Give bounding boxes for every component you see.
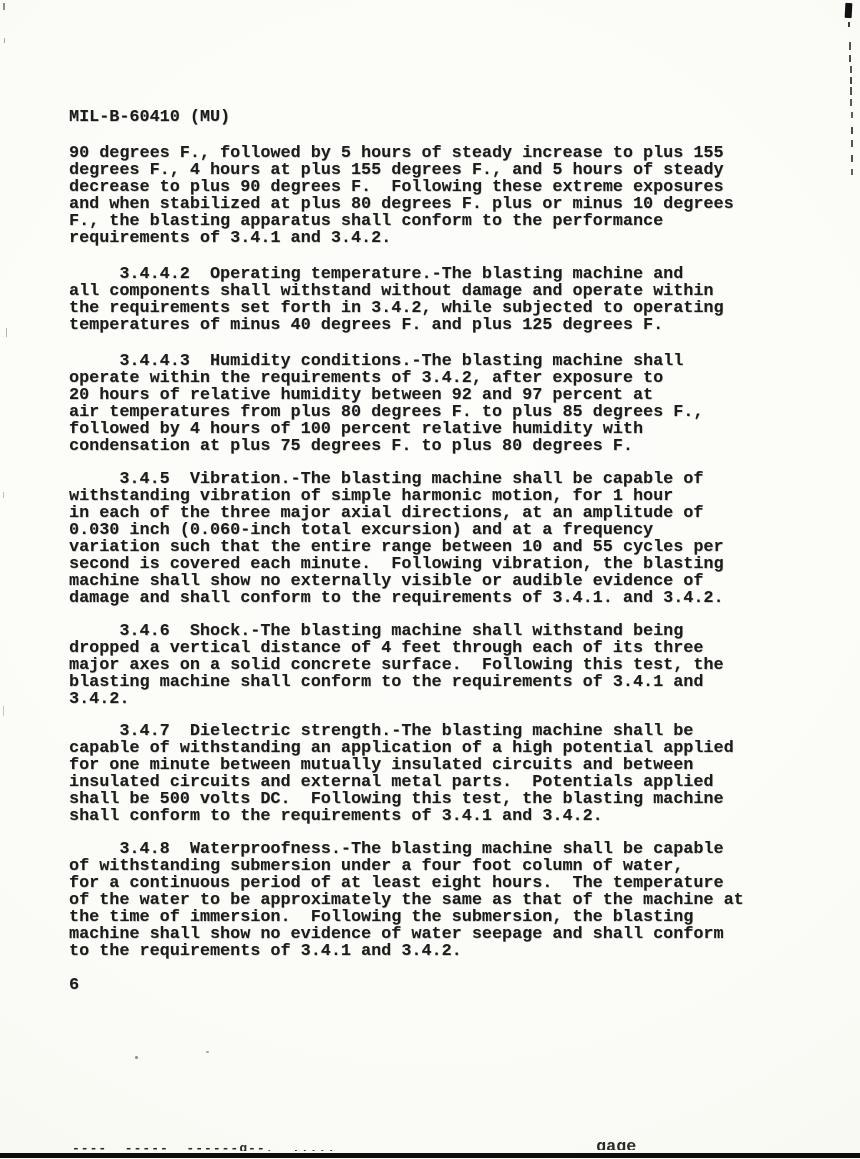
- paragraph-continuation: 90 degrees F., followed by 5 hours of st…: [69, 145, 734, 247]
- scanned-document-page: MIL-B-60410 (MU) 90 degrees F., followed…: [0, 0, 860, 1159]
- paragraph-3-4-7-dielectric-strength: 3.4.7 Dielectric strength.-The blasting …: [69, 723, 734, 825]
- scan-speck: [4, 38, 5, 43]
- document-id-header: MIL-B-60410 (MU): [69, 109, 230, 126]
- paragraph-3-4-8-waterproofness: 3.4.8 Waterproofness.-The blasting machi…: [69, 841, 744, 960]
- scan-speck: [850, 87, 852, 95]
- scan-speck: [849, 42, 851, 50]
- scan-speck: [850, 66, 852, 73]
- bottom-cutoff-text-left: ---- ----- ------g--, .....: [72, 1141, 336, 1151]
- scan-speck: [851, 127, 853, 134]
- scan-edge-bar: [0, 1153, 860, 1158]
- scan-speck: [851, 155, 853, 162]
- scan-speck: [845, 3, 853, 18]
- scan-speck: [206, 1051, 209, 1053]
- scan-speck: [851, 169, 853, 175]
- paragraph-3-4-5-vibration: 3.4.5 Vibration.-The blasting machine sh…: [69, 471, 724, 607]
- paragraph-3-4-4-3-humidity-conditions: 3.4.4.3 Humidity conditions.-The blastin…: [69, 353, 703, 455]
- scan-speck: [850, 77, 852, 84]
- paragraph-3-4-6-shock: 3.4.6 Shock.-The blasting machine shall …: [69, 623, 724, 708]
- scan-speck: [3, 706, 4, 716]
- bottom-cutoff-text-right: gage: [596, 1139, 636, 1150]
- scan-speck: [851, 140, 853, 147]
- scan-speck: [849, 55, 851, 62]
- scan-speck: [135, 1056, 138, 1059]
- scan-speck: [3, 3, 5, 10]
- scan-speck: [3, 492, 4, 498]
- paragraph-3-4-4-2-operating-temperature: 3.4.4.2 Operating temperature.-The blast…: [69, 266, 724, 334]
- page-number: 6: [69, 977, 79, 994]
- scan-speck: [6, 328, 7, 337]
- scan-speck: [851, 112, 853, 118]
- scan-speck: [848, 22, 850, 27]
- scan-speck: [850, 99, 852, 106]
